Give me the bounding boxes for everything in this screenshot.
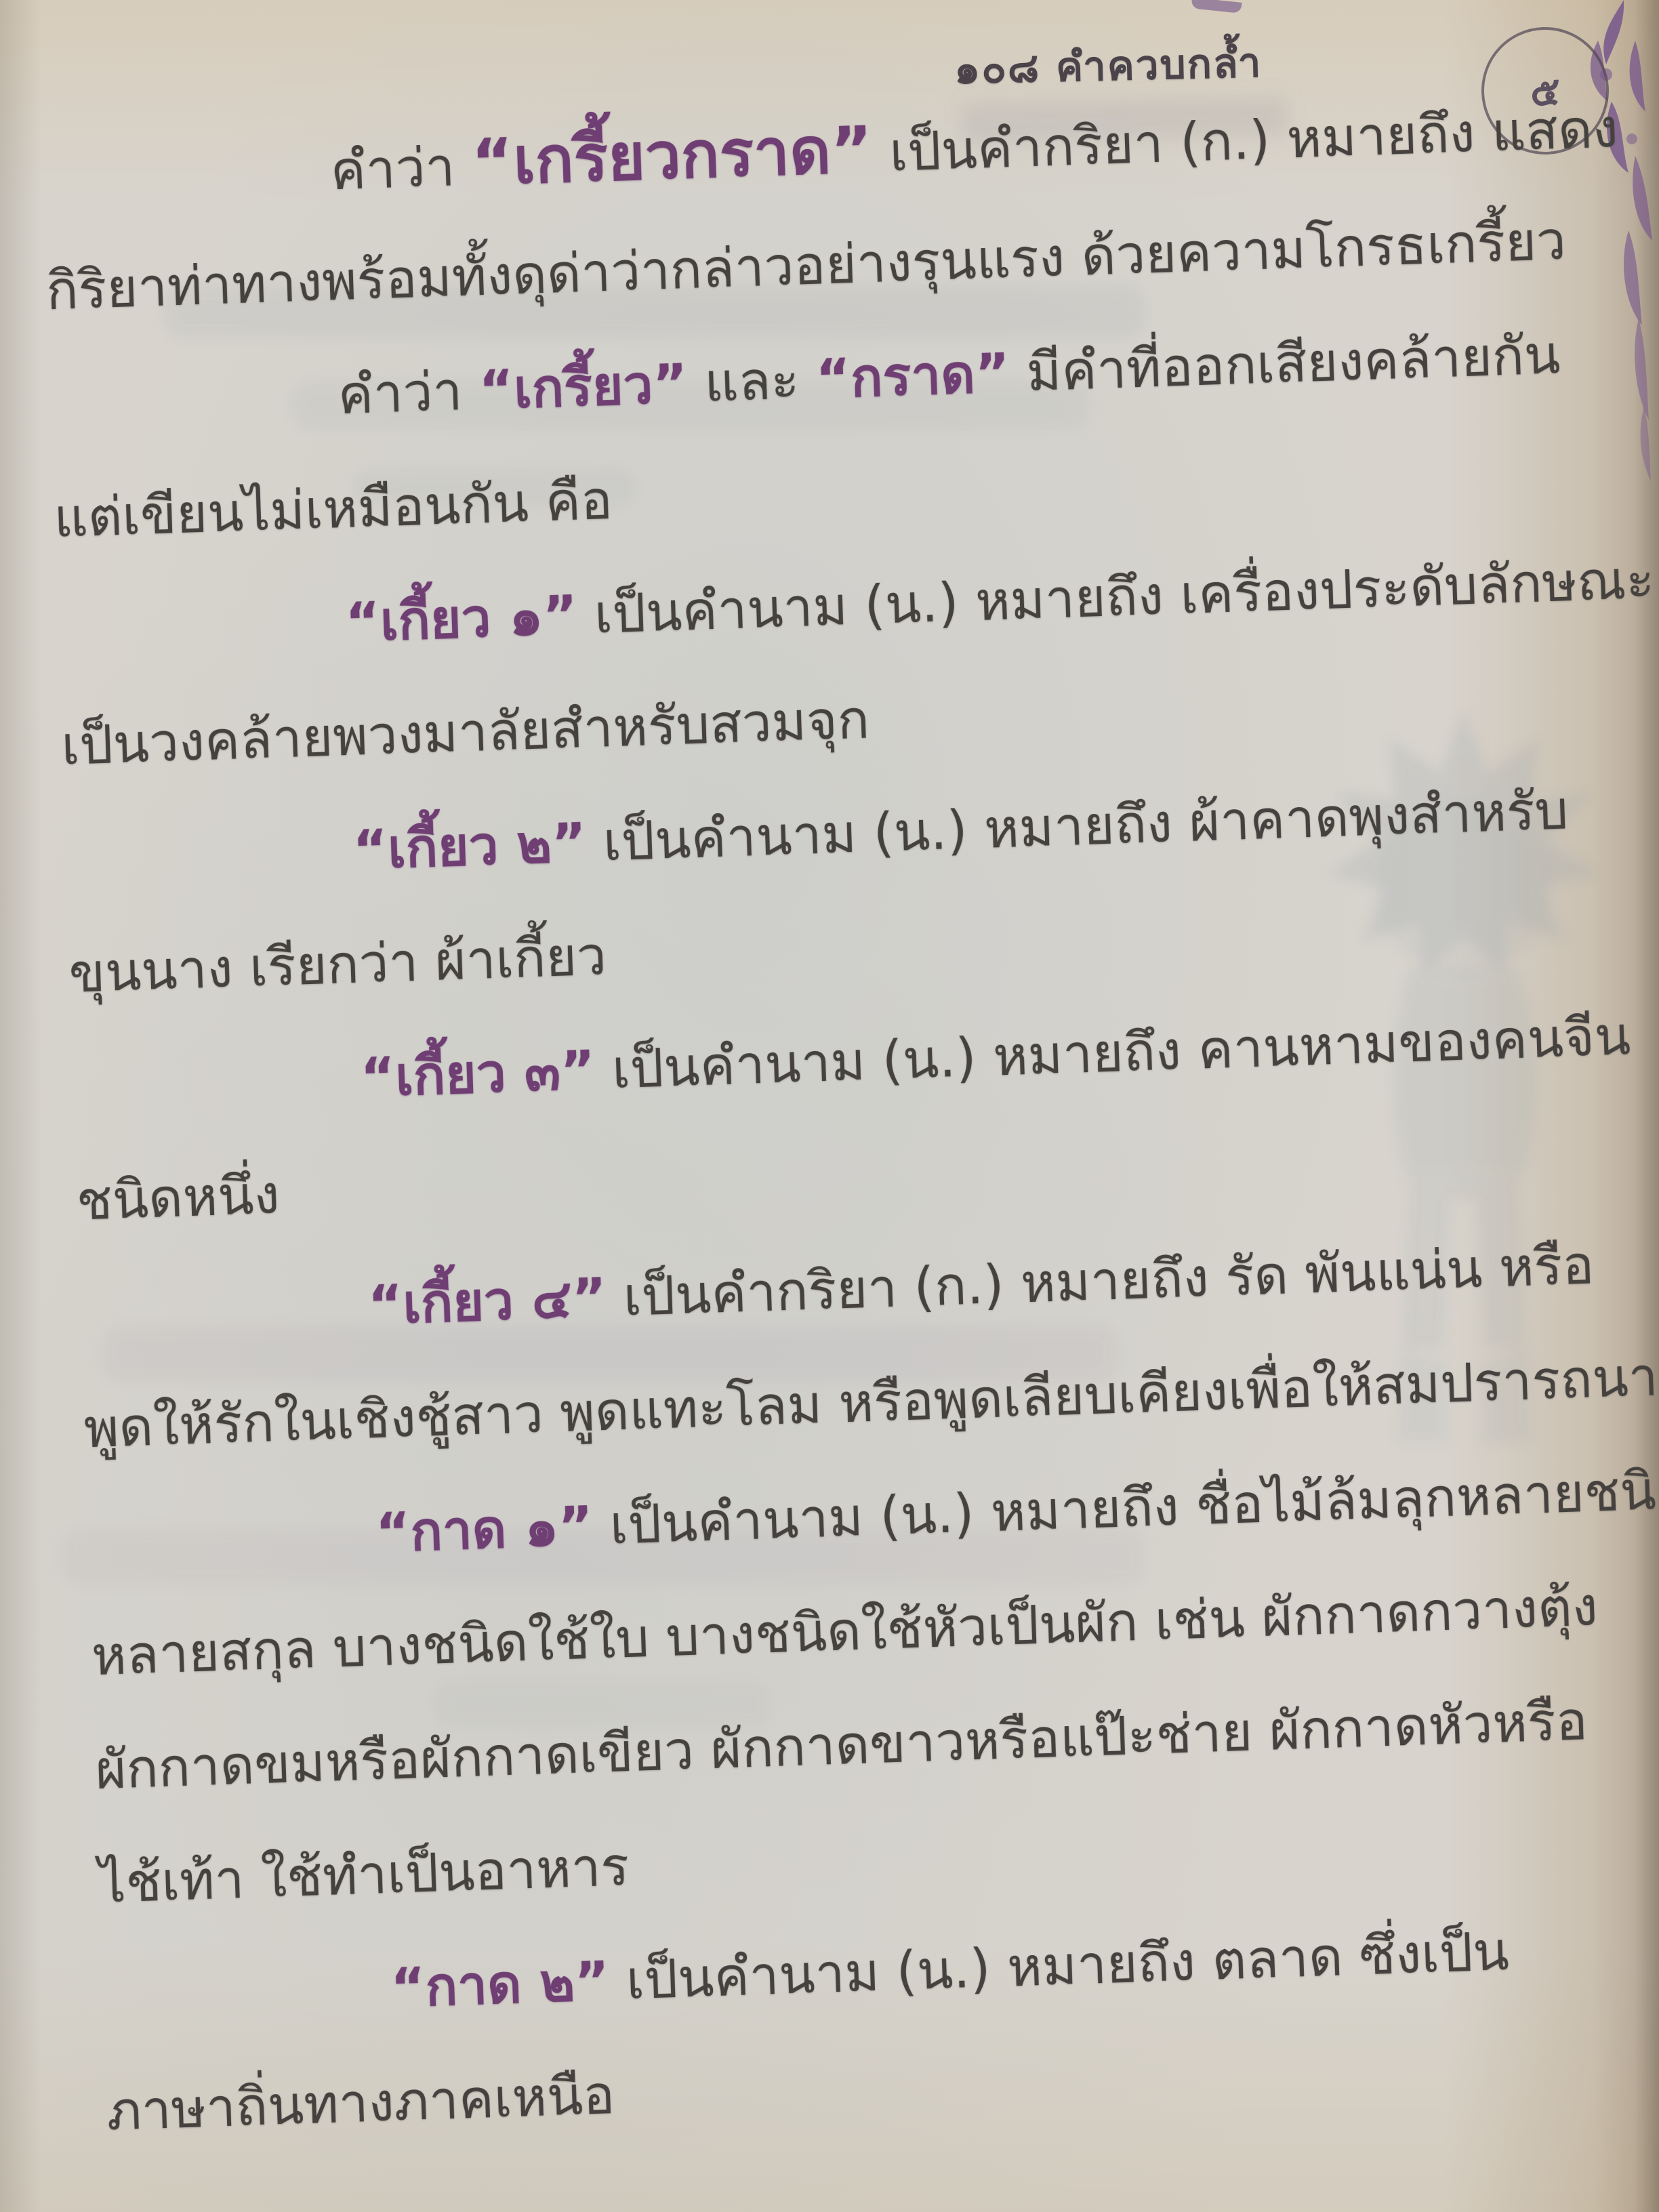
term-highlight: “เกี้ยว ๒” xyxy=(352,813,587,881)
text-segment: ชนิดหนึ่ง xyxy=(75,1164,281,1232)
text-segment: เป็นคำนาม (น.) หมายถึง ชื่อไม้ล้มลุกหลาย… xyxy=(592,1459,1659,1557)
text-segment: เป็นคำนาม (น.) หมายถึง ตลาด ซึ่งเป็น xyxy=(609,1921,1510,2012)
term-highlight: “เกรี้ยวกราด” xyxy=(470,112,874,200)
text-segment: และ xyxy=(687,349,817,414)
text-segment: ไช้เท้า ใช้ทำเป็นอาหาร xyxy=(98,1837,630,1915)
text-segment: เป็นวงคล้ายพวงมาลัยสำหรับสวมจุก xyxy=(60,689,870,777)
text-segment: เป็นคำกริยา (ก.) หมายถึง แสดง xyxy=(872,98,1619,184)
text-segment: คำว่า xyxy=(337,361,480,426)
term-highlight: “เกี้ยว ๑” xyxy=(344,585,578,653)
text-segment: ผักกาดขมหรือผักกาดเขียว ผักกาดขาวหรือแป๊… xyxy=(94,1691,1589,1801)
text-block: คำว่า “เกรี้ยวกราด” เป็นคำกริยา (ก.) หมา… xyxy=(41,70,1639,2169)
text-segment: เป็นคำกริยา (ก.) หมายถึง รัด พันแน่น หรื… xyxy=(606,1235,1595,1328)
text-segment: คำว่า xyxy=(329,136,472,202)
text-segment: มีคำที่ออกเสียงคล้ายกัน xyxy=(1009,325,1561,404)
book-page: ๑๐๘ คำควบกล้ำ ๕ คำว่า “เกรี้ยวกราด” เป็น… xyxy=(0,0,1659,2212)
term-highlight: “เกี้ยว ๔” xyxy=(367,1267,608,1336)
text-segment: แต่เขียนไม่เหมือนกัน คือ xyxy=(53,470,613,549)
term-highlight: “เกรี้ยว” xyxy=(478,354,689,422)
text-segment: เป็นคำนาม (น.) หมายถึง เครื่องประดับลักษ… xyxy=(577,549,1656,646)
text-segment: เป็นคำนาม (น.) หมายถึง ผ้าคาดพุงสำหรับ xyxy=(586,780,1570,874)
term-highlight: “กราด” xyxy=(815,343,1011,410)
text-segment: ภาษาถิ่นทางภาคเหนือ xyxy=(106,2065,615,2143)
term-highlight: “เกี้ยว ๓” xyxy=(360,1040,596,1109)
text-segment: ขุนนาง เรียกว่า ผ้าเกี้ยว xyxy=(68,926,607,1004)
ornament-fragment-icon xyxy=(1191,0,1242,14)
term-highlight: “กาด ๑” xyxy=(375,1496,594,1564)
text-segment: เป็นคำนาม (น.) หมายถึง คานหามของคนจีน xyxy=(594,1006,1632,1101)
term-highlight: “กาด ๒” xyxy=(390,1951,611,2020)
